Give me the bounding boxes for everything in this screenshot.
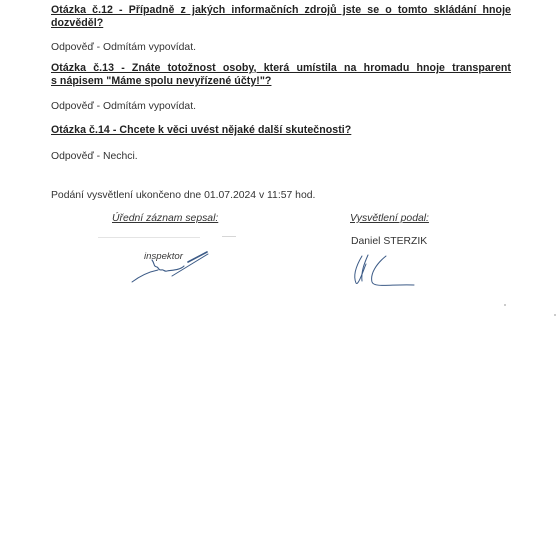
question-12-line-1: Otázka č.12 - Případně z jakých informač… — [51, 4, 511, 17]
question-14: Otázka č.14 - Chcete k věci uvést nějaké… — [51, 124, 511, 137]
question-12: Otázka č.12 - Případně z jakých informač… — [51, 4, 511, 30]
answer-12: Odpověď - Odmítám vypovídat. — [51, 41, 196, 54]
question-12-line-2: dozvěděl? — [51, 17, 511, 30]
answer-14: Odpověď - Nechci. — [51, 150, 138, 163]
document-page: Otázka č.12 - Případně z jakých informač… — [0, 0, 560, 560]
left-signature-label: Úřední záznam sepsal: — [112, 213, 218, 224]
question-13-line-1: Otázka č.13 - Znáte totožnost osoby, kte… — [51, 62, 511, 75]
witness-signature-icon — [350, 252, 420, 292]
question-13-line-2: s nápisem "Máme spolu nevyřízené účty!"? — [51, 75, 511, 88]
question-14-line-1: Otázka č.14 - Chcete k věci uvést nějaké… — [51, 124, 511, 137]
answer-13: Odpověď - Odmítám vypovídat. — [51, 100, 196, 113]
scan-speck — [554, 314, 556, 316]
signature-line — [98, 237, 200, 238]
scan-speck — [504, 304, 506, 306]
signature-line-mark — [222, 236, 236, 237]
right-signature-label: Vysvětlení podal: — [350, 213, 429, 224]
question-13: Otázka č.13 - Znáte totožnost osoby, kte… — [51, 62, 511, 88]
signer-name: Daniel STERZIK — [351, 236, 427, 247]
inspector-signature-icon — [128, 246, 218, 286]
closing-statement: Podání vysvětlení ukončeno dne 01.07.202… — [51, 190, 315, 201]
